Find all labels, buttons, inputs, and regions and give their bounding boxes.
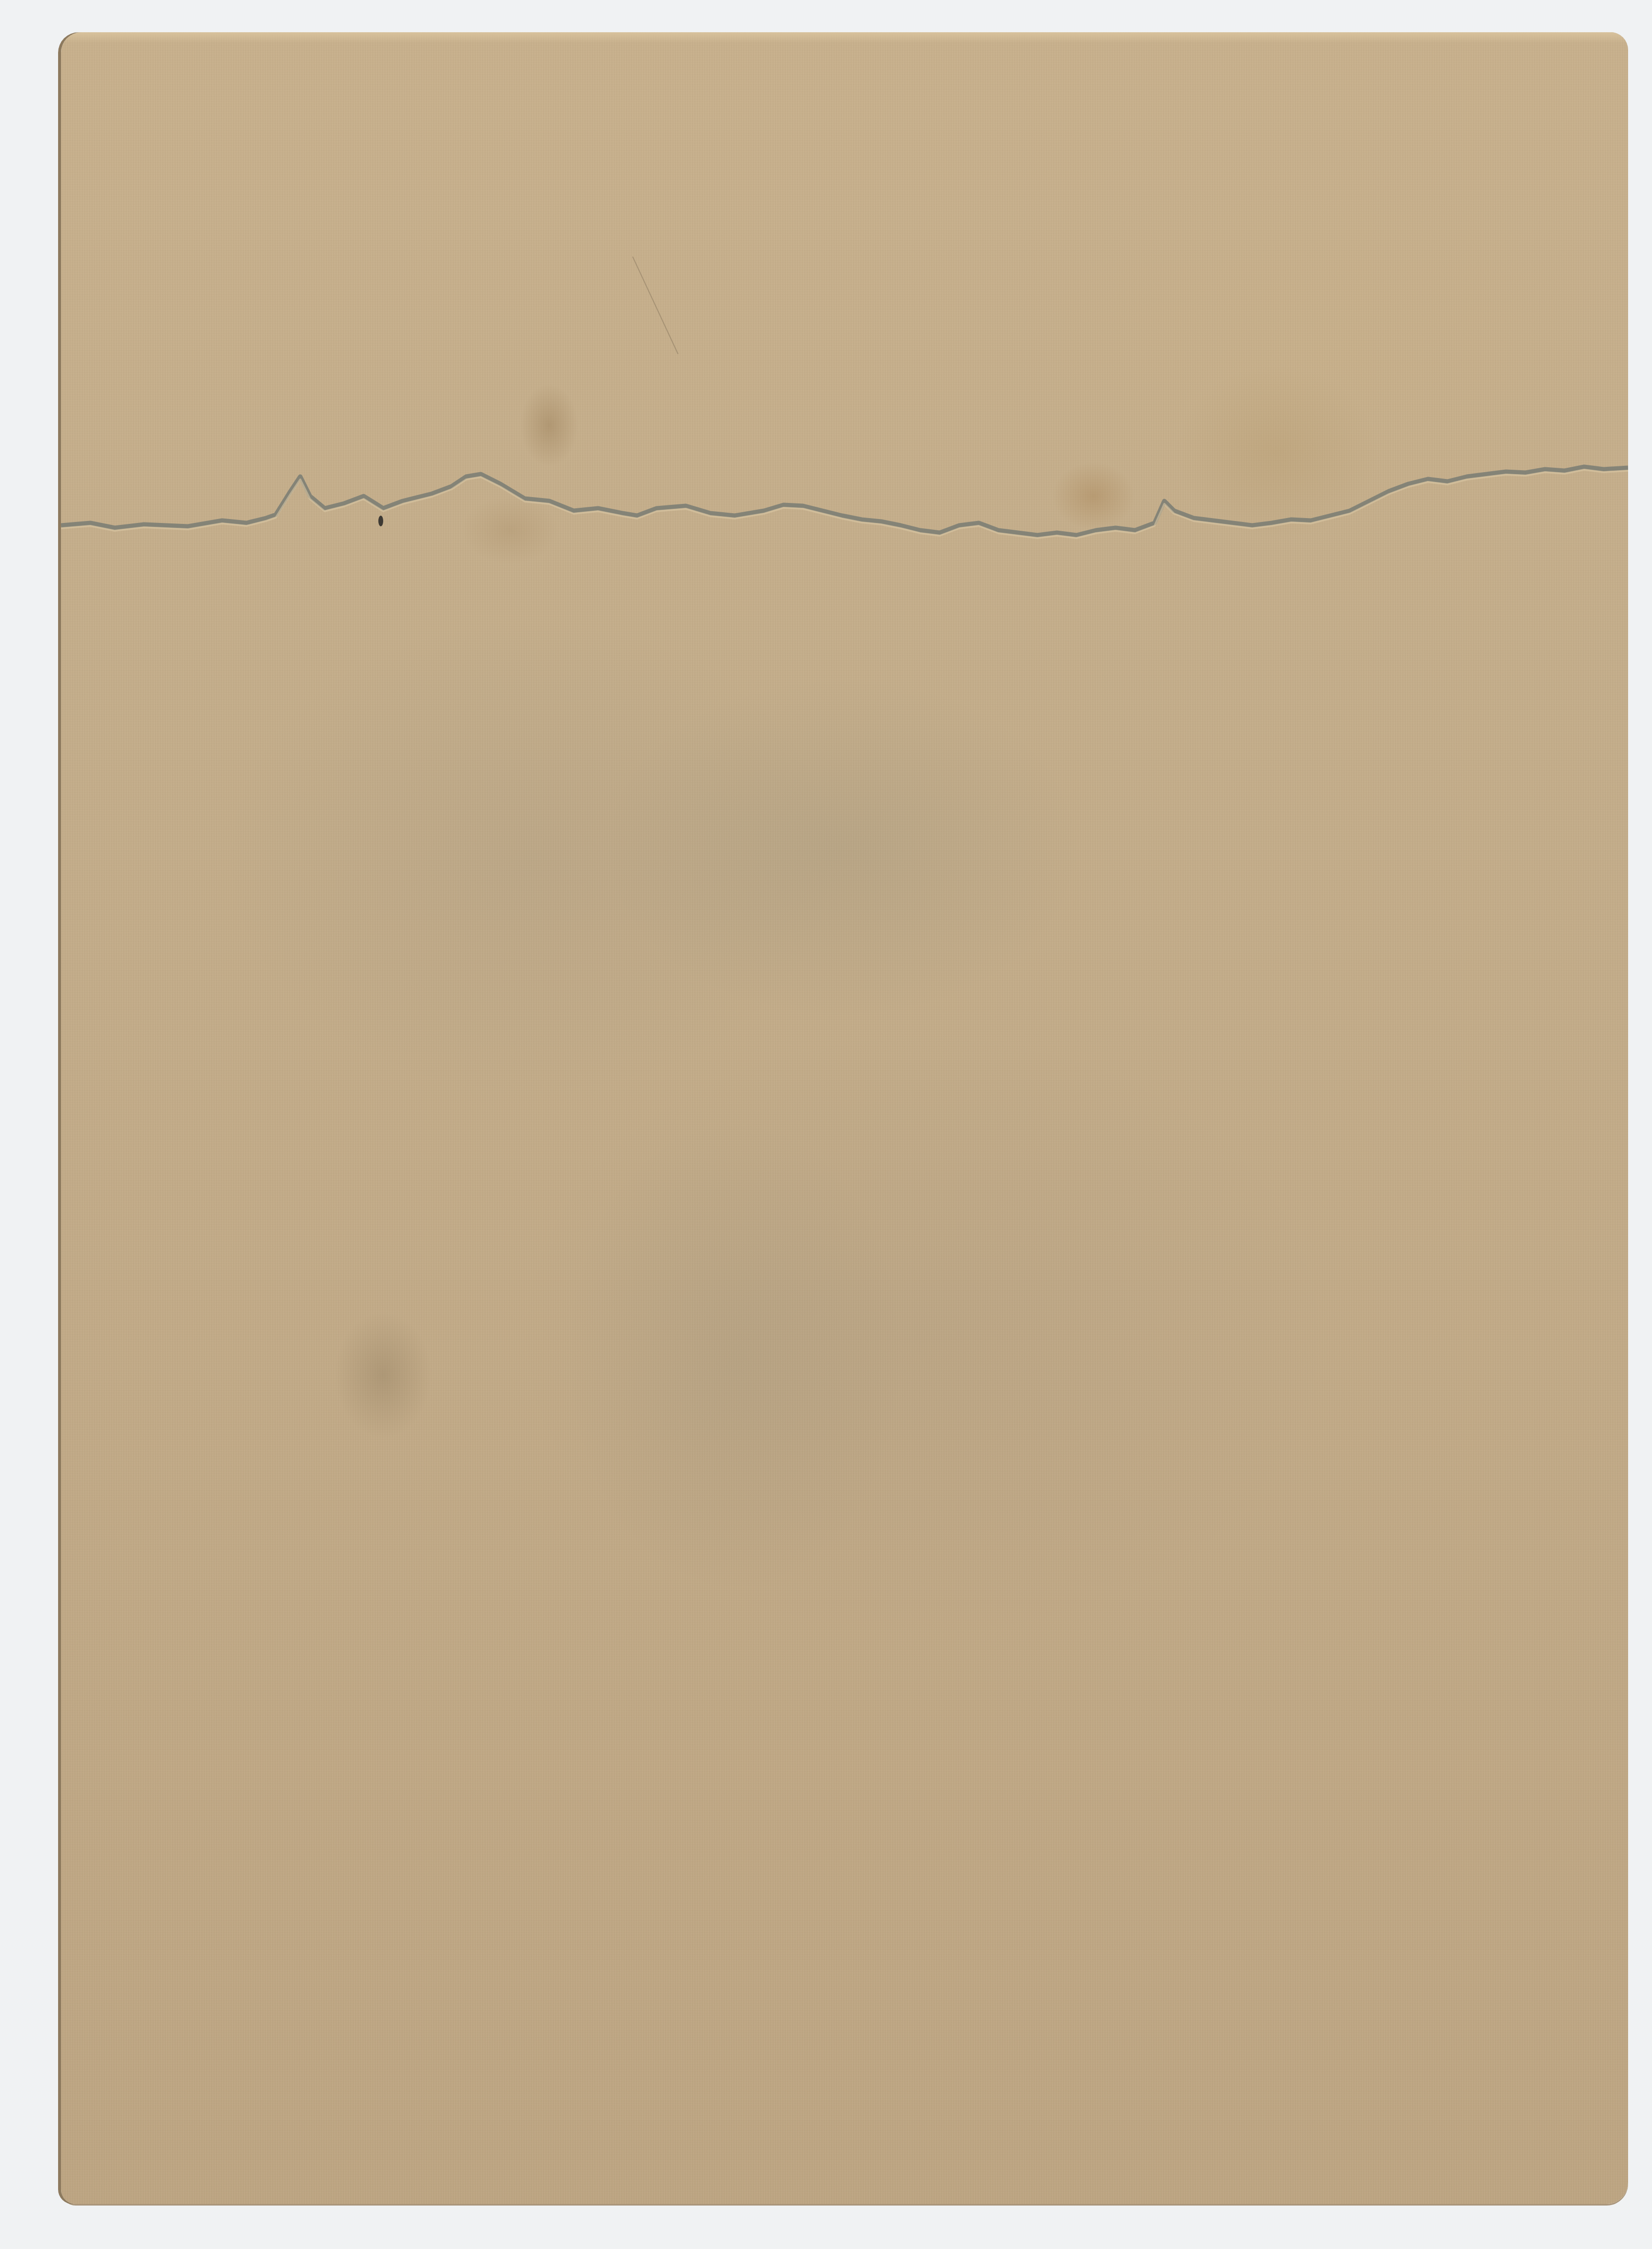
cabinet-card-back [61, 32, 1628, 2204]
crease-line [61, 462, 1628, 560]
ink-dot [378, 516, 383, 526]
stain [520, 384, 578, 467]
offset-transfer-smudge [305, 594, 1379, 1863]
stain [334, 1312, 432, 1438]
scan-background [0, 0, 1652, 2249]
surface-scratch [632, 231, 732, 354]
card-top-edge-wear [61, 32, 1628, 43]
